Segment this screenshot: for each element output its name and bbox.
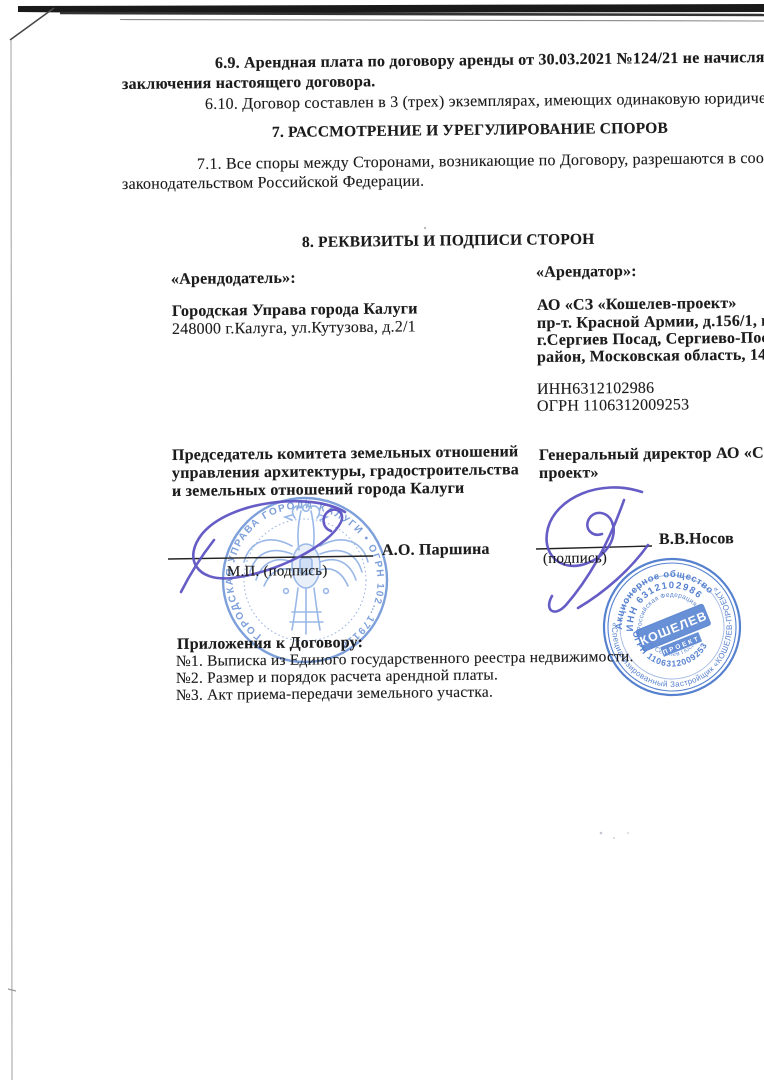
- tenant-signer-name: В.В.Носов: [659, 530, 734, 549]
- landlord-address: 248000 г.Калуга, ул.Кутузова, д.2/1: [172, 318, 416, 339]
- scan-edge-corner-diagonal: [10, 8, 54, 40]
- scan-speck-3: [613, 837, 615, 839]
- tenant-signature-line: [536, 546, 652, 549]
- clause-6-9-line2: заключения настоящего договора.: [122, 73, 376, 94]
- landlord-signer-name: А.О. Паршина: [382, 541, 490, 560]
- tenant-address-line3: район, Московская область, 141: [537, 346, 764, 366]
- landlord-signer-title-line2: управления архитектуры, градостроительст…: [172, 461, 519, 483]
- scan-speck-1: [424, 227, 426, 229]
- landlord-label: «Арендодатель»:: [171, 270, 296, 289]
- landlord-signature-line: [168, 556, 373, 559]
- clause-7-1-line2: законодательством Российской Федерации.: [122, 173, 424, 194]
- scan-edge-top-line2: [60, 13, 764, 15]
- scan-speck-4: [627, 832, 629, 834]
- scan-speck-2: [600, 832, 603, 835]
- scan-edge-top-line3: [120, 20, 764, 22]
- landlord-seal-note: М.П. (подпись): [227, 563, 328, 581]
- tenant-ogrn: ОГРН 1106312009253: [537, 396, 689, 416]
- tenant-sign-note: (подпись): [543, 550, 607, 567]
- tenant-signer-title-line1: Генеральный директор АО «СЗ «К: [539, 444, 764, 465]
- attachment-item-3: №3. Акт приема-передачи земельного участ…: [176, 684, 493, 705]
- scan-speck-left: [8, 989, 16, 991]
- section-8-heading: 8. РЕКВИЗИТЫ И ПОДПИСИ СТОРОН: [302, 231, 595, 252]
- tenant-name: АО «СЗ «Кошелев-проект»: [537, 295, 737, 315]
- tenant-stamp: «Специализированный Застройщик «КОШЕЛЕВ-…: [586, 541, 757, 712]
- scan-edge-left-line: [11, 40, 12, 1080]
- tenant-label: «Арендатор»:: [536, 263, 637, 282]
- landlord-signer-title-line3: и земельных отношений города Калуги: [172, 480, 465, 501]
- tenant-signer-title-line2: проект»: [539, 464, 599, 483]
- scan-edge-top-band: [18, 4, 764, 13]
- scanned-contract-page: ГОРОДСКАЯ УПРАВА ГОРОДА КАЛУГИ • ОГРН 10…: [0, 0, 764, 1080]
